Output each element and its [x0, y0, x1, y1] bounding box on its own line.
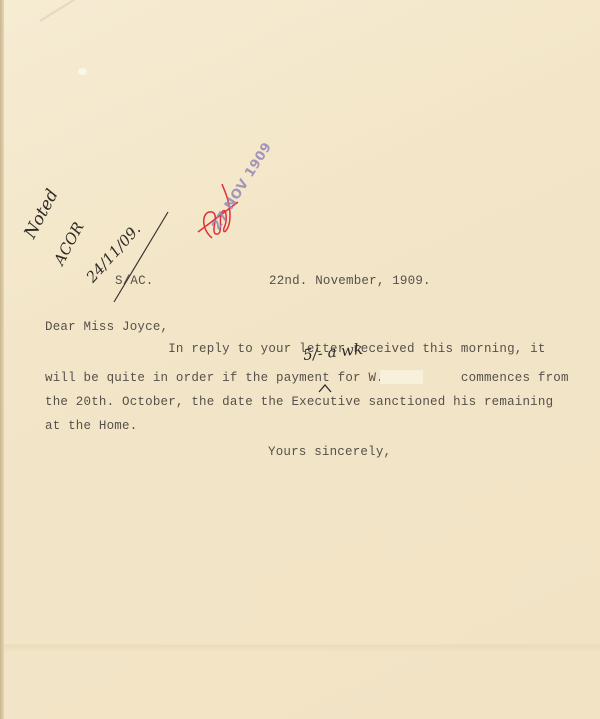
letter-paper [0, 0, 600, 719]
paper-edge [0, 0, 4, 719]
paper-blemish [78, 68, 87, 75]
svg-text:LB: LB [192, 180, 194, 181]
closing: Yours sincerely, [268, 444, 391, 460]
body-line-3: the 20th. October, the date the Executiv… [45, 394, 553, 410]
body-line-4: at the Home. [45, 418, 137, 434]
body-line-1: In reply to your letter received this mo… [45, 341, 546, 357]
caret-insertion-mark [318, 383, 332, 393]
reference-code: S/AC. [115, 273, 154, 289]
annotation-slash-line [110, 210, 170, 305]
redacted-name [380, 370, 423, 384]
salutation: Dear Miss Joyce, [45, 319, 168, 335]
letter-date: 22nd. November, 1909. [269, 273, 431, 289]
body-line-2: will be quite in order if the payment fo… [45, 370, 569, 386]
